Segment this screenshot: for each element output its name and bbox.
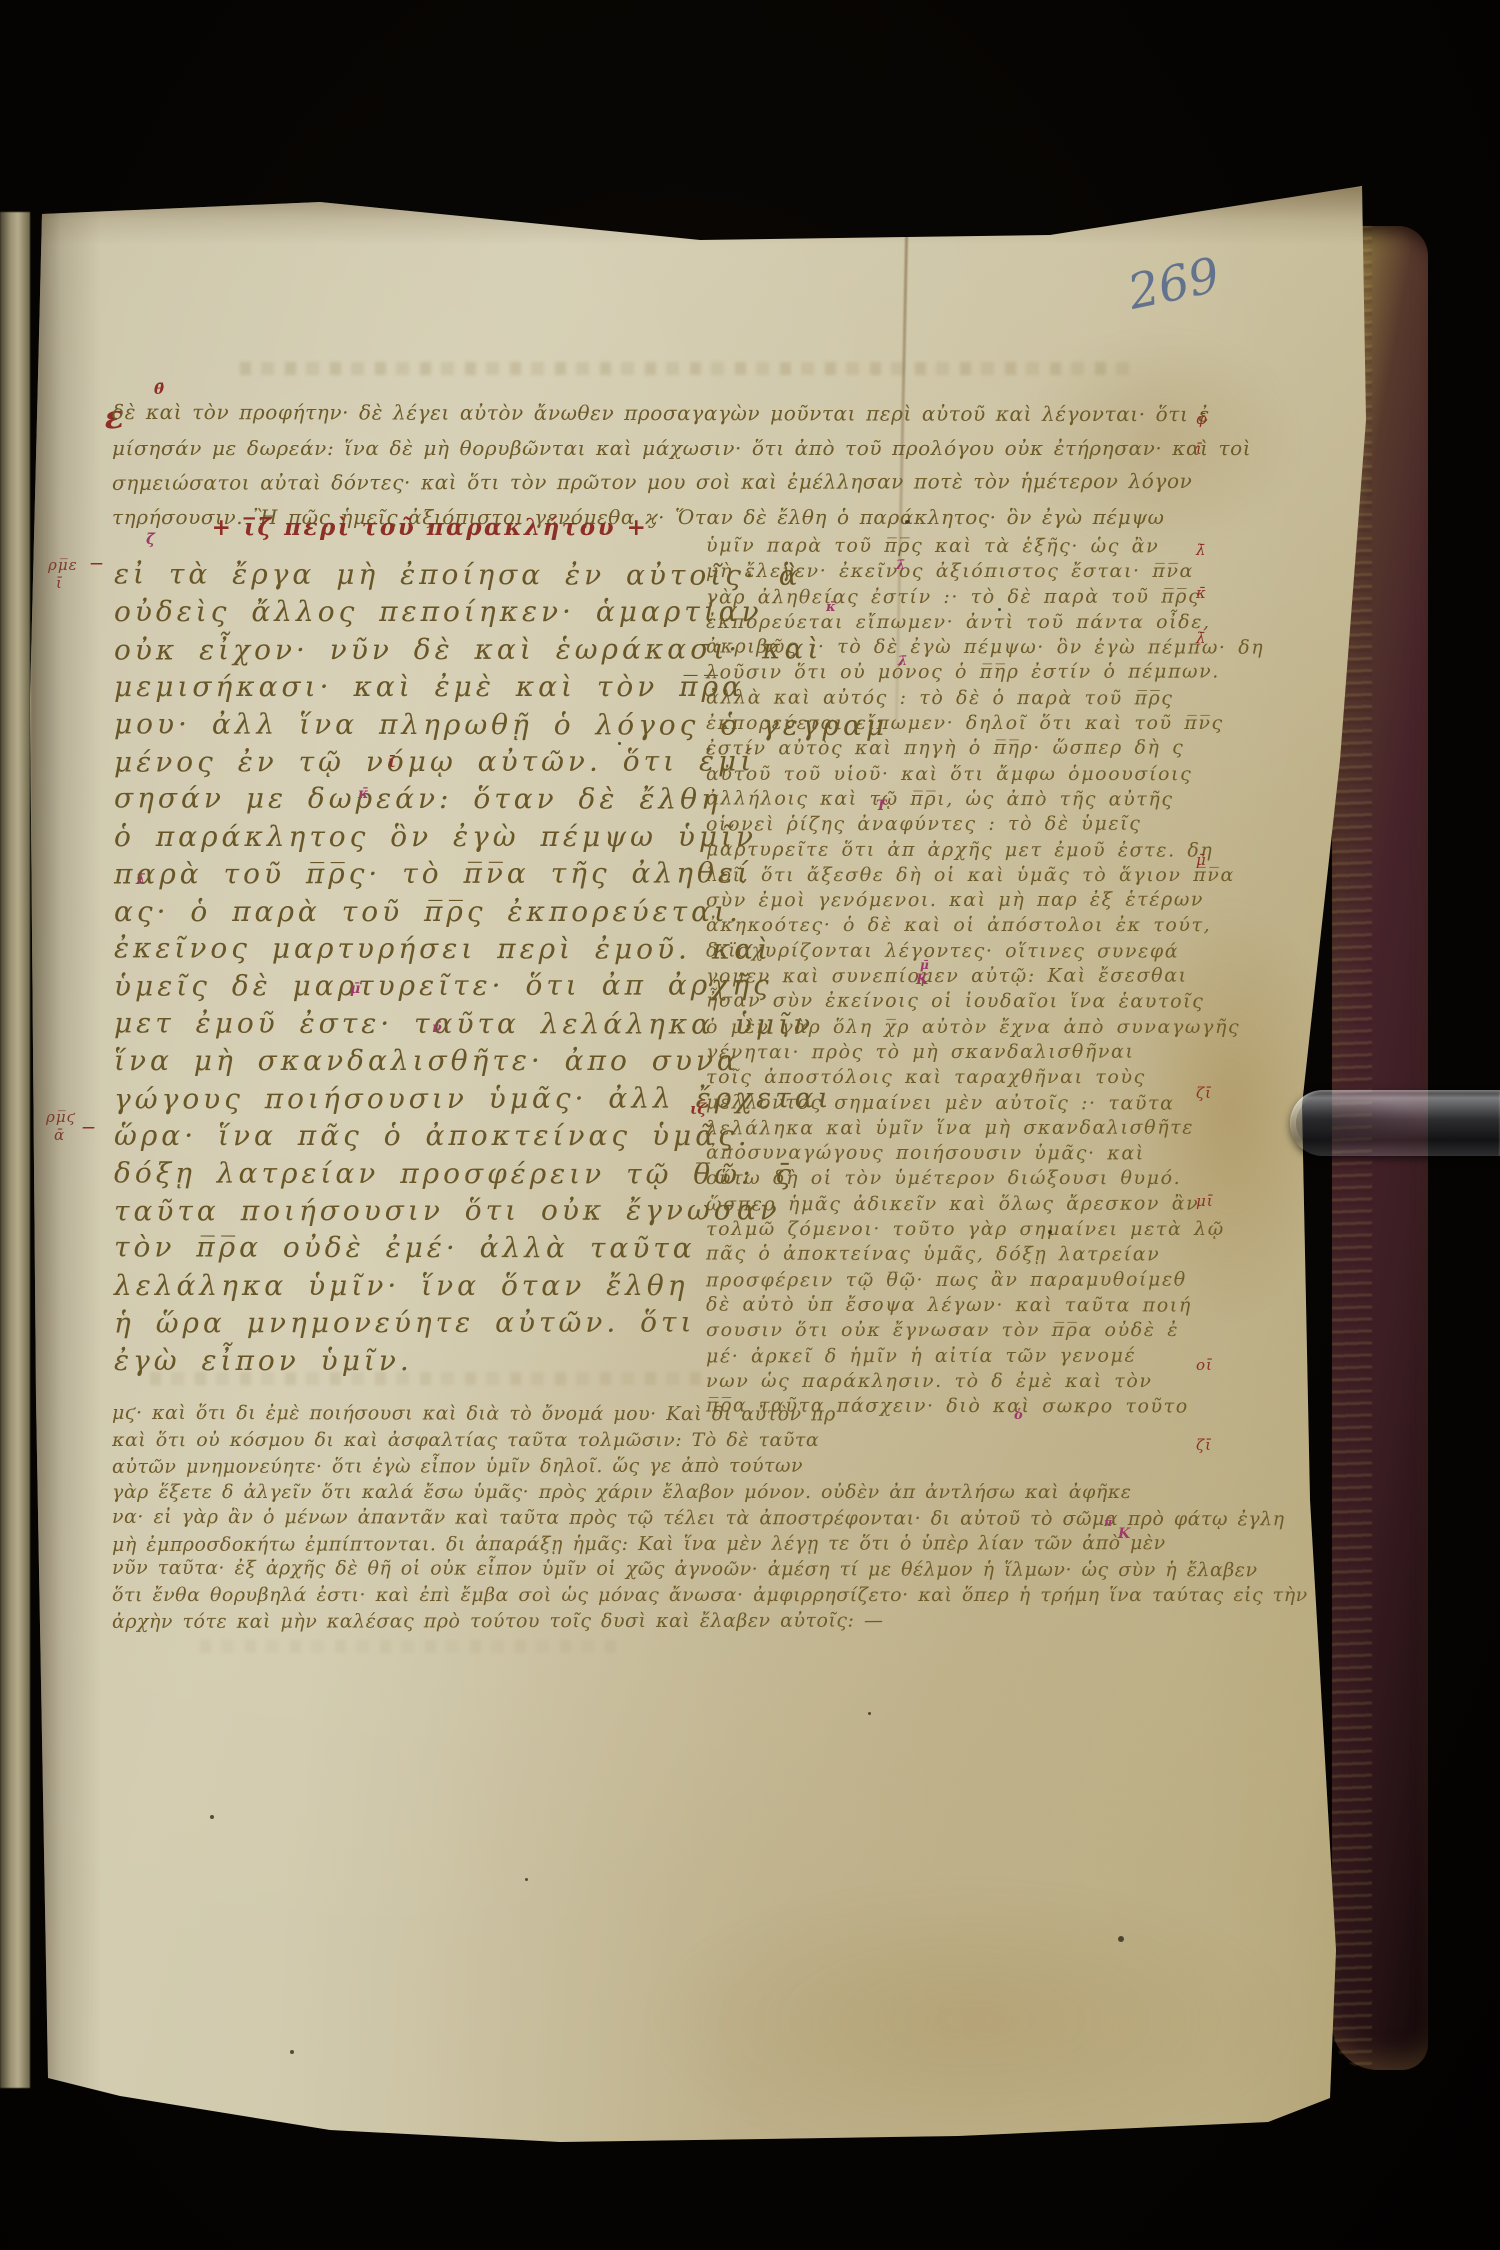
photo-background: 269 ε δὲ καὶ τὸν προφήτην· δὲ λέγει αὐτὸ… — [0, 0, 1500, 2250]
margin-reference-mark: ῑ — [1196, 440, 1203, 458]
text-line: ὥσπερ ἡμᾶς ἀδικεῖν καὶ ὅλως ἄρεσκον ἂν — [706, 1191, 1184, 1217]
inline-reference-mark: ιζ — [690, 1100, 706, 1118]
text-line: γένηται· πρὸς τὸ μὴ σκανδαλισθῆναι — [706, 1040, 1184, 1066]
margin-reference-mark: ζῑ — [1196, 1084, 1212, 1102]
text-line: ἐγὼ εἶπον ὑμῖν. — [114, 1342, 714, 1379]
text-line: γὰρ ἀληθείας ἐστίν :· τὸ δὲ παρὰ τοῦ π̅ρ… — [706, 584, 1184, 610]
margin-reference-mark: λ̄ — [1196, 541, 1207, 559]
left-margin-note: ρμ̅ϛ ᾱ — [46, 1108, 76, 1144]
bleedthrough-text — [200, 1640, 620, 1653]
text-line: ἐκεῖνος μαρτυρήσει περὶ ἐμοῦ. καὶ — [114, 929, 714, 968]
inline-reference-mark: κ̄ — [358, 786, 369, 802]
stain — [640, 1880, 1300, 2160]
inline-reference-mark: — — [82, 1120, 95, 1135]
inline-reference-mark: ν̄ — [432, 1020, 442, 1036]
inline-reference-mark: Κ — [1118, 1526, 1130, 1542]
ink-speck — [618, 742, 621, 745]
text-line: τολμῶ ζόμενοι· τοῦτο γὰρ σημαίνει μετὰ λ… — [706, 1217, 1184, 1242]
inline-reference-mark: μ̄ — [350, 981, 360, 997]
text-line: εἰ τὰ ἔργα μὴ ἐποίησα ἐν αὐτοῖς· ἃ — [114, 555, 714, 594]
text-line: μεμισήκασι· καὶ ἐμὲ καὶ τὸν π̅ρ̅α — [114, 668, 714, 705]
text-line: γώγους ποιήσουσιν ὑμᾶς· ἀλλ ἔρχεται — [114, 1079, 714, 1117]
text-line: καὶ ὅτι οὐ κόσμου δι καὶ ἀσφαλτίας ταῦτα… — [112, 1428, 1182, 1454]
text-line: ἀλλήλοις καὶ τῷ π̅ρ̅ι, ὡς ἀπὸ τῆς αὐτῆς — [706, 786, 1184, 812]
text-line: προσφέρειν τῷ θ̅ῷ· πως ἂν παραμυθοίμεθ — [706, 1267, 1184, 1293]
eusebian-canon-number: ῑ — [48, 574, 78, 592]
text-line: δὲ καὶ τὸν προφήτην· δὲ λέγει αὐτὸν ἄνωθ… — [112, 395, 1112, 432]
book-under-leaves-edge — [0, 212, 30, 2088]
manuscript-page: 269 ε δὲ καὶ τὸν προφήτην· δὲ λέγει αὐτὸ… — [0, 0, 1500, 2250]
text-line: πᾶς ὁ ἀποκτείνας ὑμᾶς, δόξῃ λατρείαν — [706, 1242, 1184, 1268]
text-line: ἐστίν αὐτὸς καὶ πηγὴ ὁ π̅η̅ρ· ὥσπερ δὴ ς — [706, 736, 1184, 762]
text-line: δὲ αὐτὸ ὑπ ἔσοψα λέγων· καὶ ταῦτα ποιή — [706, 1292, 1184, 1318]
gutter-shadow — [30, 200, 100, 2100]
text-line: ὁ παράκλητος ὃν ἐγὼ πέμψω ὑμῖν — [114, 818, 714, 855]
commentary-column: ὑμῖν παρὰ τοῦ π̅ρ̅ς καὶ τὰ ἑξῆς· ὡς ἂνμὴ… — [706, 534, 1184, 1419]
inline-reference-mark: Κ — [916, 972, 928, 988]
text-line: ὑμῖν παρὰ τοῦ π̅ρ̅ς καὶ τὰ ἑξῆς· ὡς ἂν — [706, 533, 1184, 559]
inline-reference-mark: ῑ — [388, 752, 396, 771]
text-line: ἀρχὴν τότε καὶ μὴν καλέσας πρὸ τούτου το… — [112, 1608, 1182, 1636]
text-line: σημειώσατοι αὐταὶ δόντες· καὶ ὅτι τὸν πρ… — [112, 465, 1112, 501]
inline-reference-mark: λ̄ — [898, 654, 907, 669]
margin-reference-mark: ζῑ — [1196, 1436, 1212, 1454]
text-line: νων ὡς παράκλησιν. τὸ δ ἐμὲ καὶ τὸν — [706, 1369, 1184, 1394]
text-line: ἵνα μὴ σκανδαλισθῆτε· ἀπο συνα — [114, 1042, 714, 1079]
text-line: ὥρα· ἵνα πᾶς ὁ ἀποκτείνας ὑμᾶς. — [114, 1117, 714, 1154]
text-line: σουσιν ὅτι οὐκ ἔγνωσαν τὸν π̅ρ̅α οὐδὲ ἐ — [706, 1318, 1184, 1343]
text-line: λοῖ, ὅτι ἄξεσθε δὴ οἱ καὶ ὑμᾶς τὸ ἅγιον … — [706, 863, 1184, 888]
bottom-commentary-block: μϛ· καὶ ὅτι δι ἐμὲ ποιήσουσι καὶ διὰ τὸ … — [112, 1402, 1182, 1635]
text-line: παρὰ τοῦ π̅ρ̅ς· τὸ π̅ν̅α τῆς ἀληθεί — [114, 855, 714, 893]
margin-reference-mark: μῑ — [1196, 1192, 1214, 1210]
text-line: οἱονεὶ ῥίζης ἀναφύντες : τὸ δὲ ὑμεῖς — [706, 812, 1184, 838]
text-line: μέ· ἀρκεῖ δ ἡμῖν ἡ αἰτία τῶν γενομέ — [706, 1343, 1184, 1369]
ink-speck — [290, 2050, 294, 2054]
text-line: τὸν π̅ρ̅α οὐδὲ ἐμέ· ἀλλὰ ταῦτα — [114, 1229, 714, 1268]
text-line: οὕτω δὴ οἱ τὸν ὑμέτερον διώξουσι θυμό. — [706, 1166, 1184, 1191]
acrylic-page-weight-tip — [1296, 1096, 1416, 1150]
text-line: ὑμεῖς δὲ μαρτυρεῖτε· ὅτι ἀπ ἀρχῆς — [114, 967, 714, 1005]
ink-speck — [1118, 1936, 1124, 1942]
text-line: ἀλλὰ καὶ αὐτός : τὸ δὲ ὁ παρὰ τοῦ π̅ρ̅ς — [706, 685, 1184, 711]
text-line: λελάληκα καὶ ὑμῖν ἵνα μὴ σκανδαλισθῆτε — [706, 1115, 1184, 1141]
text-line: νῦν ταῦτα· ἐξ ἀρχῆς δὲ θῆ οἱ οὐκ εἶπον ὑ… — [112, 1556, 1182, 1584]
text-line: μένος ἐν τῷ νόμῳ αὐτῶν. ὅτι ἐμί — [114, 743, 714, 781]
text-line: δόξῃ λατρείαν προσφέρειν τῷ θ̅ῶ: ς̄ — [114, 1154, 714, 1193]
text-line: να· εἰ γὰρ ἂν ὁ μένων ἀπαντᾶν καὶ ταῦτα … — [112, 1505, 1182, 1533]
text-line: αὐτοῦ τοῦ υἱοῦ· καὶ ὅτι ἄμφω ὁμοουσίοις — [706, 762, 1184, 787]
bleedthrough-text — [240, 362, 1140, 375]
text-line: μετ ἐμοῦ ἐστε· ταῦτα λελάληκα ὑμῖν — [114, 1004, 714, 1043]
inline-reference-mark: λ̄ — [896, 558, 905, 573]
text-line: μὴ ἐμπροσδοκήτω ἐμπίπτονται. δι ἀπαράξῃ … — [112, 1531, 1182, 1559]
text-line: ὁ μὲν γὰρ ὅλη χ̅ρ αὐτὸν ἔχνα ἀπὸ συναγωγ… — [706, 1015, 1184, 1040]
text-line: γὰρ ἕξετε δ ἀλγεῖν ὅτι καλά ἔσω ὑμᾶς· πρ… — [112, 1480, 1182, 1506]
text-line: σὺν ἐμοὶ γενόμενοι. καὶ μὴ παρ ἐξ ἑτέρων — [706, 888, 1184, 914]
ink-speck — [1048, 1230, 1052, 1234]
margin-reference-mark: λ̄ — [1196, 629, 1207, 647]
text-line: ἀκριβῶς :· τὸ δὲ ἐγὼ πέμψω· ὃν ἐγὼ πέμπω… — [706, 635, 1184, 661]
text-line: διϊσχυρίζονται λέγοντες· οἵτινες συνεφά — [706, 938, 1184, 964]
text-line: μίσησάν με δωρεάν: ἵνα δὲ μὴ θορυβῶνται … — [112, 431, 1112, 466]
inline-reference-mark: μ̄ — [920, 958, 929, 972]
margin-reference-mark: μ̄ — [1196, 851, 1207, 869]
inline-reference-mark: λ̄ — [136, 872, 146, 888]
text-line: λοῦσιν ὅτι οὐ μόνος ὁ π̅η̅ρ ἐστίν ὁ πέμπ… — [706, 660, 1184, 686]
margin-reference-mark: φ̄ — [1196, 410, 1208, 428]
text-line: σησάν με δωρεάν: ὅταν δὲ ἔλθη — [114, 780, 714, 819]
ink-speck — [525, 1878, 528, 1881]
text-line: ὅτι ἔνθα θορυβηλά ἐστι· καὶ ἐπὶ ἔμβα σοὶ… — [112, 1583, 1182, 1609]
text-line: ας· ὁ παρὰ τοῦ π̅ρ̅ς ἐκπορεύεται. — [114, 893, 714, 930]
text-line: αὐτῶν μνημονεύητε· ὅτι ἐγὼ εἶπον ὑμῖν δη… — [112, 1453, 1182, 1481]
eusebian-section-number: ρμ̅ϛ — [46, 1108, 76, 1126]
text-line: οὐδεὶς ἄλλος πεποίηκεν· ἁμαρτίαν — [114, 593, 714, 630]
gospel-text-column: εἰ τὰ ἔργα μὴ ἐποίησα ἐν αὐτοῖς· ἃοὐδεὶς… — [114, 556, 714, 1379]
text-line: λελάληκα ὑμῖν· ἵνα ὅταν ἔλθη — [114, 1267, 714, 1304]
margin-reference-mark: οῑ — [1196, 1356, 1213, 1374]
page-top-rim — [30, 186, 1370, 244]
text-line: τοῖς ἀποστόλοις καὶ ταραχθῆναι τοὺς — [706, 1065, 1184, 1090]
ink-speck — [210, 1815, 214, 1819]
inline-reference-mark: — — [90, 556, 103, 571]
text-line: μὴ ἔλεγεν· ἐκεῖνος ἀξιόπιστος ἔσται· π̅ν… — [706, 559, 1184, 584]
inline-reference-mark: ὁ — [1014, 1408, 1023, 1423]
text-line: ἀποσυναγώγους ποιήσουσιν ὑμᾶς· καὶ — [706, 1141, 1184, 1167]
text-line: ἀκηκοότες· ὁ δὲ καὶ οἱ ἀπόστολοι ἐκ τούτ… — [706, 913, 1184, 938]
text-line: ἦσαν σὺν ἐκείνοις οἱ ἰουδαῖοι ἵνα ἑαυτοῖ… — [706, 989, 1184, 1015]
ink-speck — [868, 1712, 871, 1715]
inline-reference-mark: ζ̄ — [146, 530, 155, 548]
left-margin-note: ρμ̅ε ῑ — [48, 556, 78, 592]
text-line: ἡ ὥρα μνημονεύητε αὐτῶν. ὅτι — [114, 1304, 714, 1342]
margin-reference-mark: κ̄ — [1196, 584, 1207, 602]
inline-reference-mark: κ̄ — [826, 600, 836, 615]
ink-speck — [998, 608, 1001, 611]
ink-speck — [905, 520, 909, 524]
text-line: ἐκπορεύεται εἴπωμεν· ἀντὶ τοῦ πάντα οἶδε… — [706, 610, 1184, 635]
inline-reference-mark: Τ — [876, 798, 886, 814]
inline-reference-mark: π̄ — [1104, 1516, 1112, 1529]
eusebian-canon-number: ᾱ — [46, 1126, 76, 1144]
text-line: μέλλοντος σημαίνει μὲν αὐτοῖς :· ταῦτα — [706, 1090, 1184, 1116]
text-line: γομεν καὶ συνεπίομεν αὐτῷ: Καὶ ἔσεσθαι — [706, 964, 1184, 990]
text-line: μαρτυρεῖτε ὅτι ἀπ ἀρχῆς μετ ἐμοῦ ἐστε. δ… — [706, 837, 1184, 863]
text-line: ἐκπορεύεται εἴπωμεν· δηλοῖ ὅτι καὶ τοῦ π… — [706, 711, 1184, 736]
text-line: ταῦτα ποιήσουσιν ὅτι οὐκ ἔγνωσαν — [114, 1191, 714, 1229]
text-line: οὐκ εἶχον· νῦν δὲ καὶ ἑωράκασι· καὶ — [114, 630, 714, 668]
text-line: μου· ἀλλ ἵνα πληρωθῇ ὁ λόγος ὁ γεγραμ — [114, 705, 714, 744]
chapter-title: + ι̅ζ̅ περὶ τοῦ παρακλήτου + — [150, 514, 710, 541]
inline-reference-mark: θ̄ — [154, 380, 164, 398]
eusebian-section-number: ρμ̅ε — [48, 556, 78, 574]
